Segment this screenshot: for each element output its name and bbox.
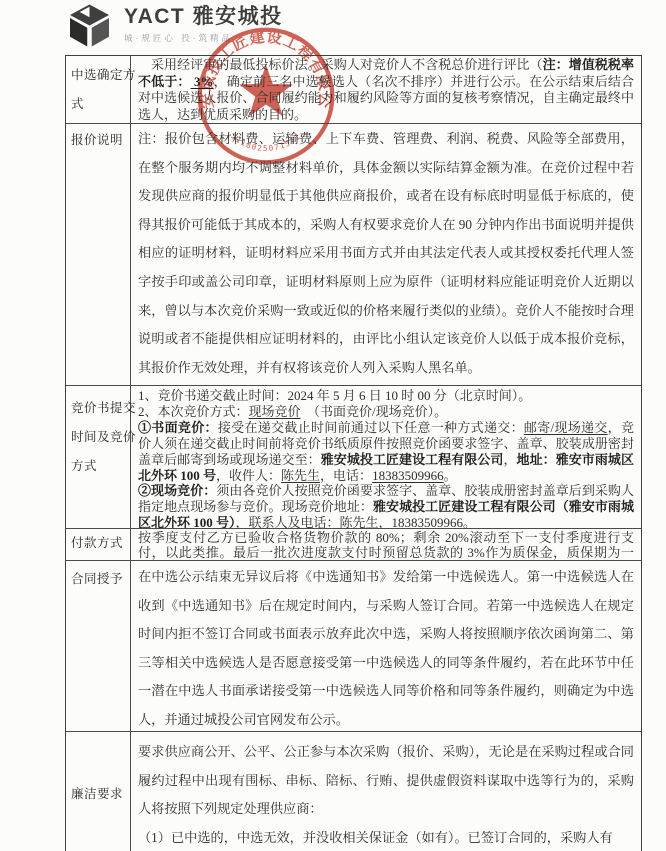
table-row-selection-method: 中选确定方式 采用经评审的最低投标价法。采购人对竞价人不含税总价进行评比（注：增… [66,56,641,124]
row-label: 竞价书提交时间及竞价方式 [66,386,131,528]
row-content: 采用经评审的最低投标价法。采购人对竞价人不含税总价进行评比（注：增值税税率不低于… [131,56,641,123]
row-content: 要求供应商公开、公平、公正参与本次采购（报价、采购），无论是在采购过程或合同履约… [131,732,641,851]
row-content: 按季度支付乙方已验收合格货物价款的 80%；剩余 20%滚动至下一支付季度进行支… [131,529,641,560]
brand-name: YACT 雅安城投 [124,6,283,28]
brand-slogan: 城·规匠心 投·筑精品 [124,32,283,44]
row-label: 廉洁要求 [66,732,131,851]
row-label: 报价说明 [66,124,131,385]
cube-logo-icon [66,3,113,48]
company-logo: YACT 雅安城投 城·规匠心 投·筑精品 [66,3,283,48]
scanned-document-page: YACT 雅安城投 城·规匠心 投·筑精品 雅安城投工匠建设工程有限公司 511… [0,0,666,851]
table-row-bid-submission: 竞价书提交时间及竞价方式 1、竞价书递交截止时间：2024 年 5 月 6 日 … [66,386,641,529]
row-content: 1、竞价书递交截止时间：2024 年 5 月 6 日 10 时 00 分（北京时… [131,386,641,528]
table-row-quotation-notes: 报价说明 注：报价包含材料费、运输费、上下车费、管理费、利润、税费、风险等全部费… [66,124,641,386]
row-label: 中选确定方式 [66,56,131,123]
row-content: 注：报价包含材料费、运输费、上下车费、管理费、利润、税费、风险等全部费用，在整个… [131,124,641,385]
table-row-payment-method: 付款方式 按季度支付乙方已验收合格货物价款的 80%；剩余 20%滚动至下一支付… [66,529,641,561]
row-content: 在中选公示结束无异议后将《中选通知书》发给第一中选候选人。第一中选候选人在收到《… [131,561,641,731]
procurement-terms-table: 中选确定方式 采用经评审的最低投标价法。采购人对竞价人不含税总价进行评比（注：增… [65,55,642,851]
table-row-contract-award: 合同授予 在中选公示结束无异议后将《中选通知书》发给第一中选候选人。第一中选候选… [66,561,641,732]
row-label: 付款方式 [66,529,131,560]
table-row-integrity-requirements: 廉洁要求 要求供应商公开、公平、公正参与本次采购（报价、采购），无论是在采购过程… [66,732,641,851]
brand-text-block: YACT 雅安城投 城·规匠心 投·筑精品 [124,3,283,44]
row-label: 合同授予 [66,561,131,731]
